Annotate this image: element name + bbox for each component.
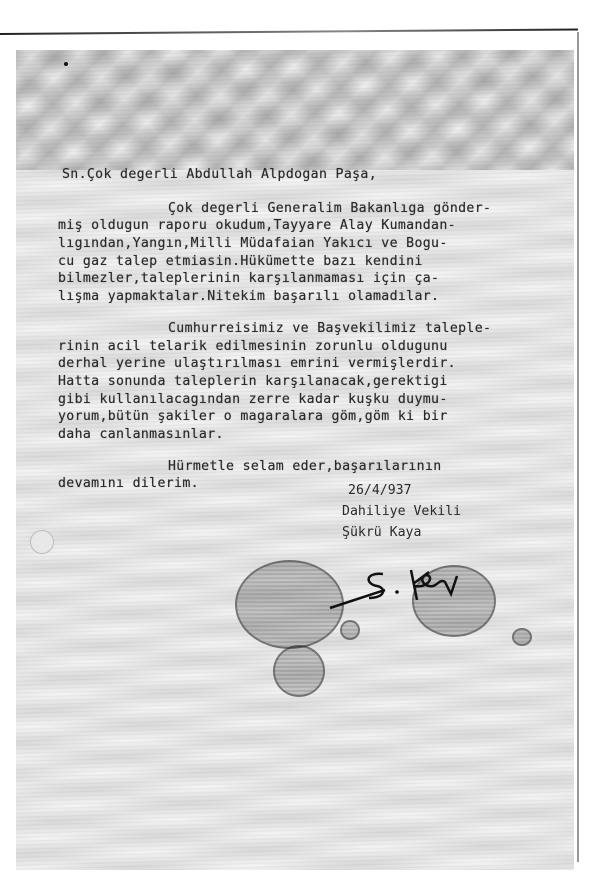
text-line: derhal yerine ulaştırılması emrini vermi… — [58, 355, 548, 373]
signatory-title: Dahiliye Vekili — [342, 501, 461, 522]
text-line: Cumhurreisimiz ve Başvekilimiz taleple- — [58, 320, 548, 338]
punch-hole — [30, 530, 54, 554]
page-top-edge — [0, 28, 578, 35]
handwritten-signature — [325, 560, 475, 620]
paragraph-1: Çok degerli Generalim Bakanlıga gönder- … — [58, 200, 548, 306]
paragraph-3: Hürmetle selam eder,başarılarının devamı… — [58, 458, 548, 493]
letter-date: 26/4/937 — [342, 480, 461, 501]
text-line: devamını dilerim. — [58, 475, 548, 493]
page-right-edge — [577, 32, 579, 862]
text-line: Hürmetle selam eder,başarılarının — [58, 458, 548, 476]
signatory-name: Şükrü Kaya — [342, 522, 461, 543]
coffee-stain — [340, 620, 360, 640]
text-line: Hatta sonunda taleplerin karşılanacak,ge… — [58, 373, 548, 391]
coffee-stain — [273, 645, 325, 697]
text-line: rinin acil telarik edilmesinin zorunlu o… — [58, 338, 548, 356]
paragraph-2: Cumhurreisimiz ve Başvekilimiz taleple- … — [58, 320, 548, 444]
ink-dot — [64, 62, 68, 66]
text-line: Çok degerli Generalim Bakanlıga gönder- — [58, 200, 548, 218]
letter-body: Sn.Çok degerli Abdullah Alpdogan Paşa, Ç… — [58, 166, 548, 507]
coffee-stain — [512, 628, 532, 646]
signature-block: 26/4/937 Dahiliye Vekili Şükrü Kaya — [342, 480, 461, 543]
salutation: Sn.Çok degerli Abdullah Alpdogan Paşa, — [62, 166, 548, 184]
text-line: daha canlanmasınlar. — [58, 426, 548, 444]
text-line: lışma yapmaktalar.Nitekim başarılı olama… — [58, 288, 548, 306]
text-line: bilmezler,taleplerinin karşılanmaması iç… — [58, 270, 548, 288]
text-line: lıgından,Yangın,Milli Müdafaian Yakıcı v… — [58, 235, 548, 253]
text-line: cu gaz talep etmiasin.Hükümette bazı ken… — [58, 253, 548, 271]
text-line: gibi kullanılacagından zerre kadar kuşku… — [58, 391, 548, 409]
text-line: miş oldugun raporu okudum,Tayyare Alay K… — [58, 217, 548, 235]
text-line: yorum,bütün şakiler o magaralara göm,göm… — [58, 408, 548, 426]
